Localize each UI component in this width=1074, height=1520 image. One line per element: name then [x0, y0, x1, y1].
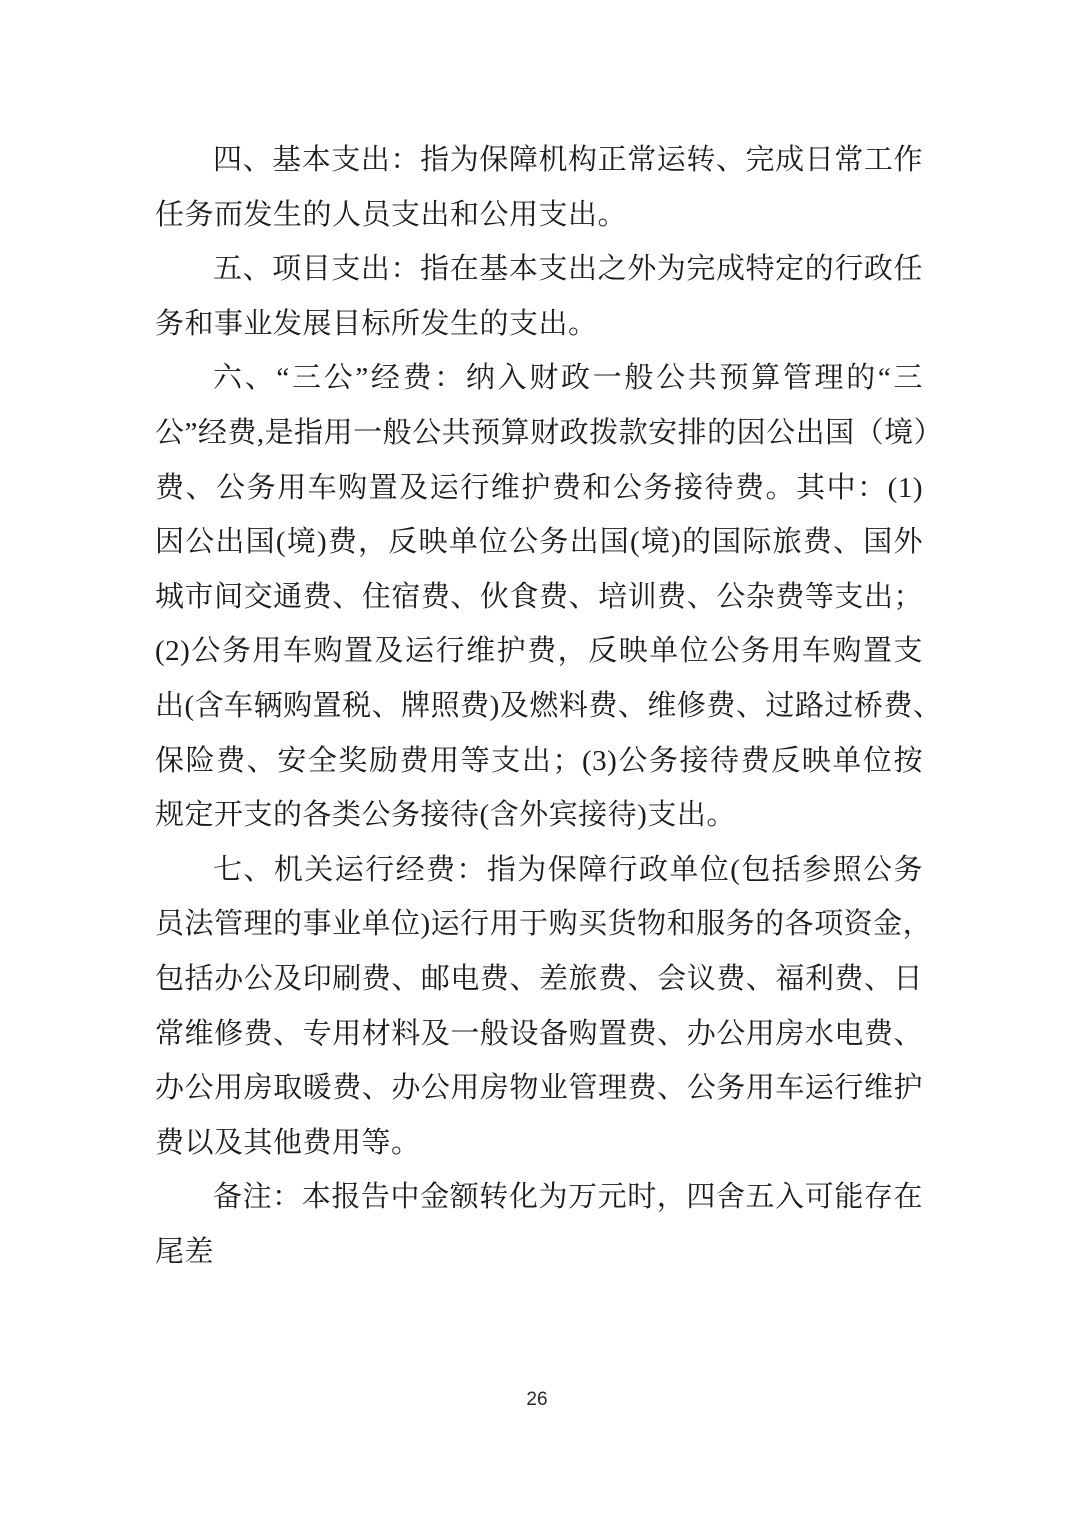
- document-body: 四、基本支出：指为保障机构正常运转、完成日常工作任务而发生的人员支出和公用支出。…: [155, 133, 923, 1279]
- text-line: 包括办公及印刷费、邮电费、差旅费、会议费、福利费、日: [155, 952, 923, 1007]
- text-line: 员法管理的事业单位)运行用于购买货物和服务的各项资金，: [155, 897, 923, 952]
- text-line: 务和事业发展目标所发生的支出。: [155, 297, 923, 352]
- para-project-expenditure: 五、项目支出：指在基本支出之外为完成特定的行政任务和事业发展目标所发生的支出。: [155, 242, 923, 351]
- text-line: 保险费、安全奖励费用等支出；(3)公务接待费反映单位按: [155, 734, 923, 789]
- text-line: 尾差: [155, 1225, 923, 1280]
- text-line: 公”经费,是指用一般公共预算财政拨款安排的因公出国（境）: [155, 406, 923, 461]
- text-line: 规定开支的各类公务接待(含外宾接待)支出。: [155, 788, 923, 843]
- para-agency-operation-funds: 七、机关运行经费：指为保障行政单位(包括参照公务员法管理的事业单位)运行用于购买…: [155, 843, 923, 1171]
- text-line: 任务而发生的人员支出和公用支出。: [155, 188, 923, 243]
- text-line: 四、基本支出：指为保障机构正常运转、完成日常工作: [155, 133, 923, 188]
- text-line: (2)公务用车购置及运行维护费，反映单位公务用车购置支: [155, 624, 923, 679]
- document-page: 四、基本支出：指为保障机构正常运转、完成日常工作任务而发生的人员支出和公用支出。…: [0, 0, 1074, 1520]
- para-three-public-funds: 六、“三公”经费：纳入财政一般公共预算管理的“三公”经费,是指用一般公共预算财政…: [155, 351, 923, 842]
- page-number: 26: [0, 1388, 1074, 1412]
- text-line: 五、项目支出：指在基本支出之外为完成特定的行政任: [155, 242, 923, 297]
- text-line: 因公出国(境)费，反映单位公务出国(境)的国际旅费、国外: [155, 515, 923, 570]
- text-line: 费、公务用车购置及运行维护费和公务接待费。其中：(1): [155, 461, 923, 516]
- text-line: 办公用房取暖费、办公用房物业管理费、公务用车运行维护: [155, 1061, 923, 1116]
- text-line: 七、机关运行经费：指为保障行政单位(包括参照公务: [155, 843, 923, 898]
- text-line: 城市间交通费、住宿费、伙食费、培训费、公杂费等支出；: [155, 570, 923, 625]
- text-line: 出(含车辆购置税、牌照费)及燃料费、维修费、过路过桥费、: [155, 679, 923, 734]
- text-line: 费以及其他费用等。: [155, 1116, 923, 1171]
- text-line: 六、“三公”经费：纳入财政一般公共预算管理的“三: [155, 351, 923, 406]
- para-rounding-note: 备注：本报告中金额转化为万元时，四舍五入可能存在尾差: [155, 1170, 923, 1279]
- text-line: 常维修费、专用材料及一般设备购置费、办公用房水电费、: [155, 1007, 923, 1062]
- para-basic-expenditure: 四、基本支出：指为保障机构正常运转、完成日常工作任务而发生的人员支出和公用支出。: [155, 133, 923, 242]
- text-line: 备注：本报告中金额转化为万元时，四舍五入可能存在: [155, 1170, 923, 1225]
